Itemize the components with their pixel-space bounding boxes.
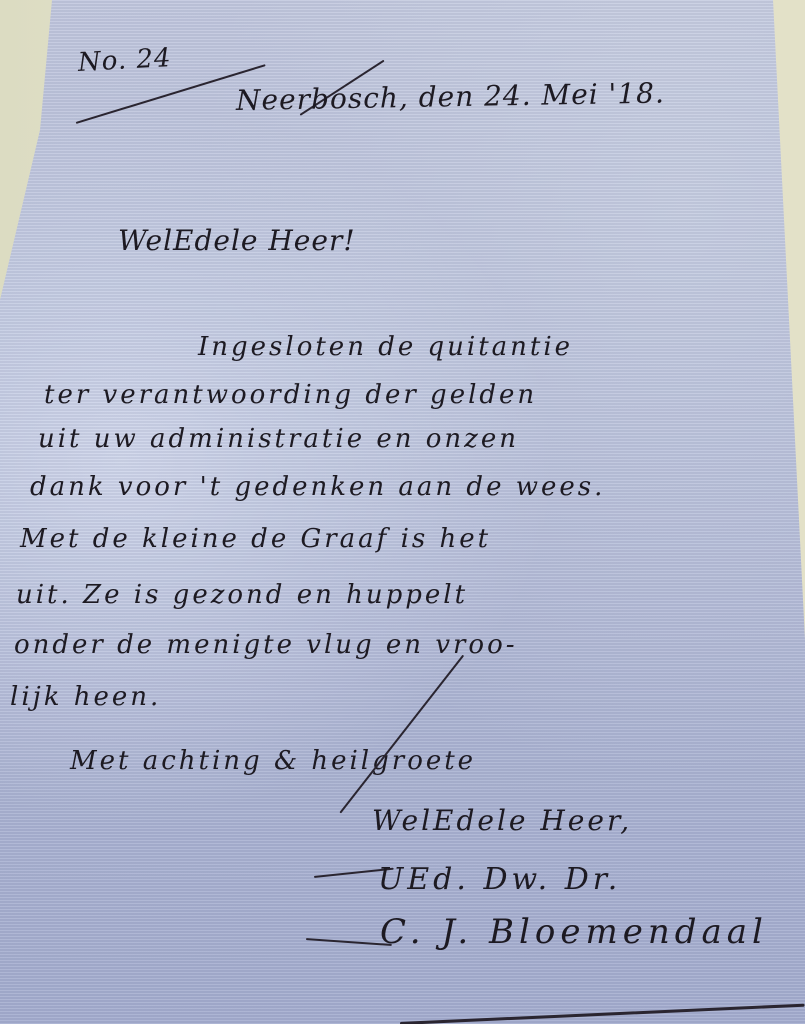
body-line: uit uw administratie en onzen — [38, 424, 519, 454]
closing-address: WelEdele Heer, — [372, 804, 632, 837]
body-line: dank voor 't gedenken aan de wees. — [30, 472, 605, 502]
signer-title: UEd. Dw. Dr. — [378, 862, 621, 897]
body-line: lijk heen. — [10, 682, 161, 712]
body-line: Ingesloten de quitantie — [198, 332, 573, 362]
body-line: uit. Ze is gezond en huppelt — [16, 580, 468, 610]
salutation: WelEdele Heer! — [118, 224, 356, 257]
photo-background: No. 24 Neerbosch, den 24. Mei '18. WelEd… — [0, 0, 805, 1024]
document-number: No. 24 — [77, 43, 172, 78]
body-line: onder de menigte vlug en vroo- — [14, 630, 518, 660]
body-line: ter verantwoording der gelden — [44, 380, 537, 410]
closing-greeting: Met achting & heilgroete — [70, 746, 476, 776]
signature: C. J. Bloemendaal — [380, 912, 768, 952]
body-line: Met de kleine de Graaf is het — [20, 524, 491, 554]
